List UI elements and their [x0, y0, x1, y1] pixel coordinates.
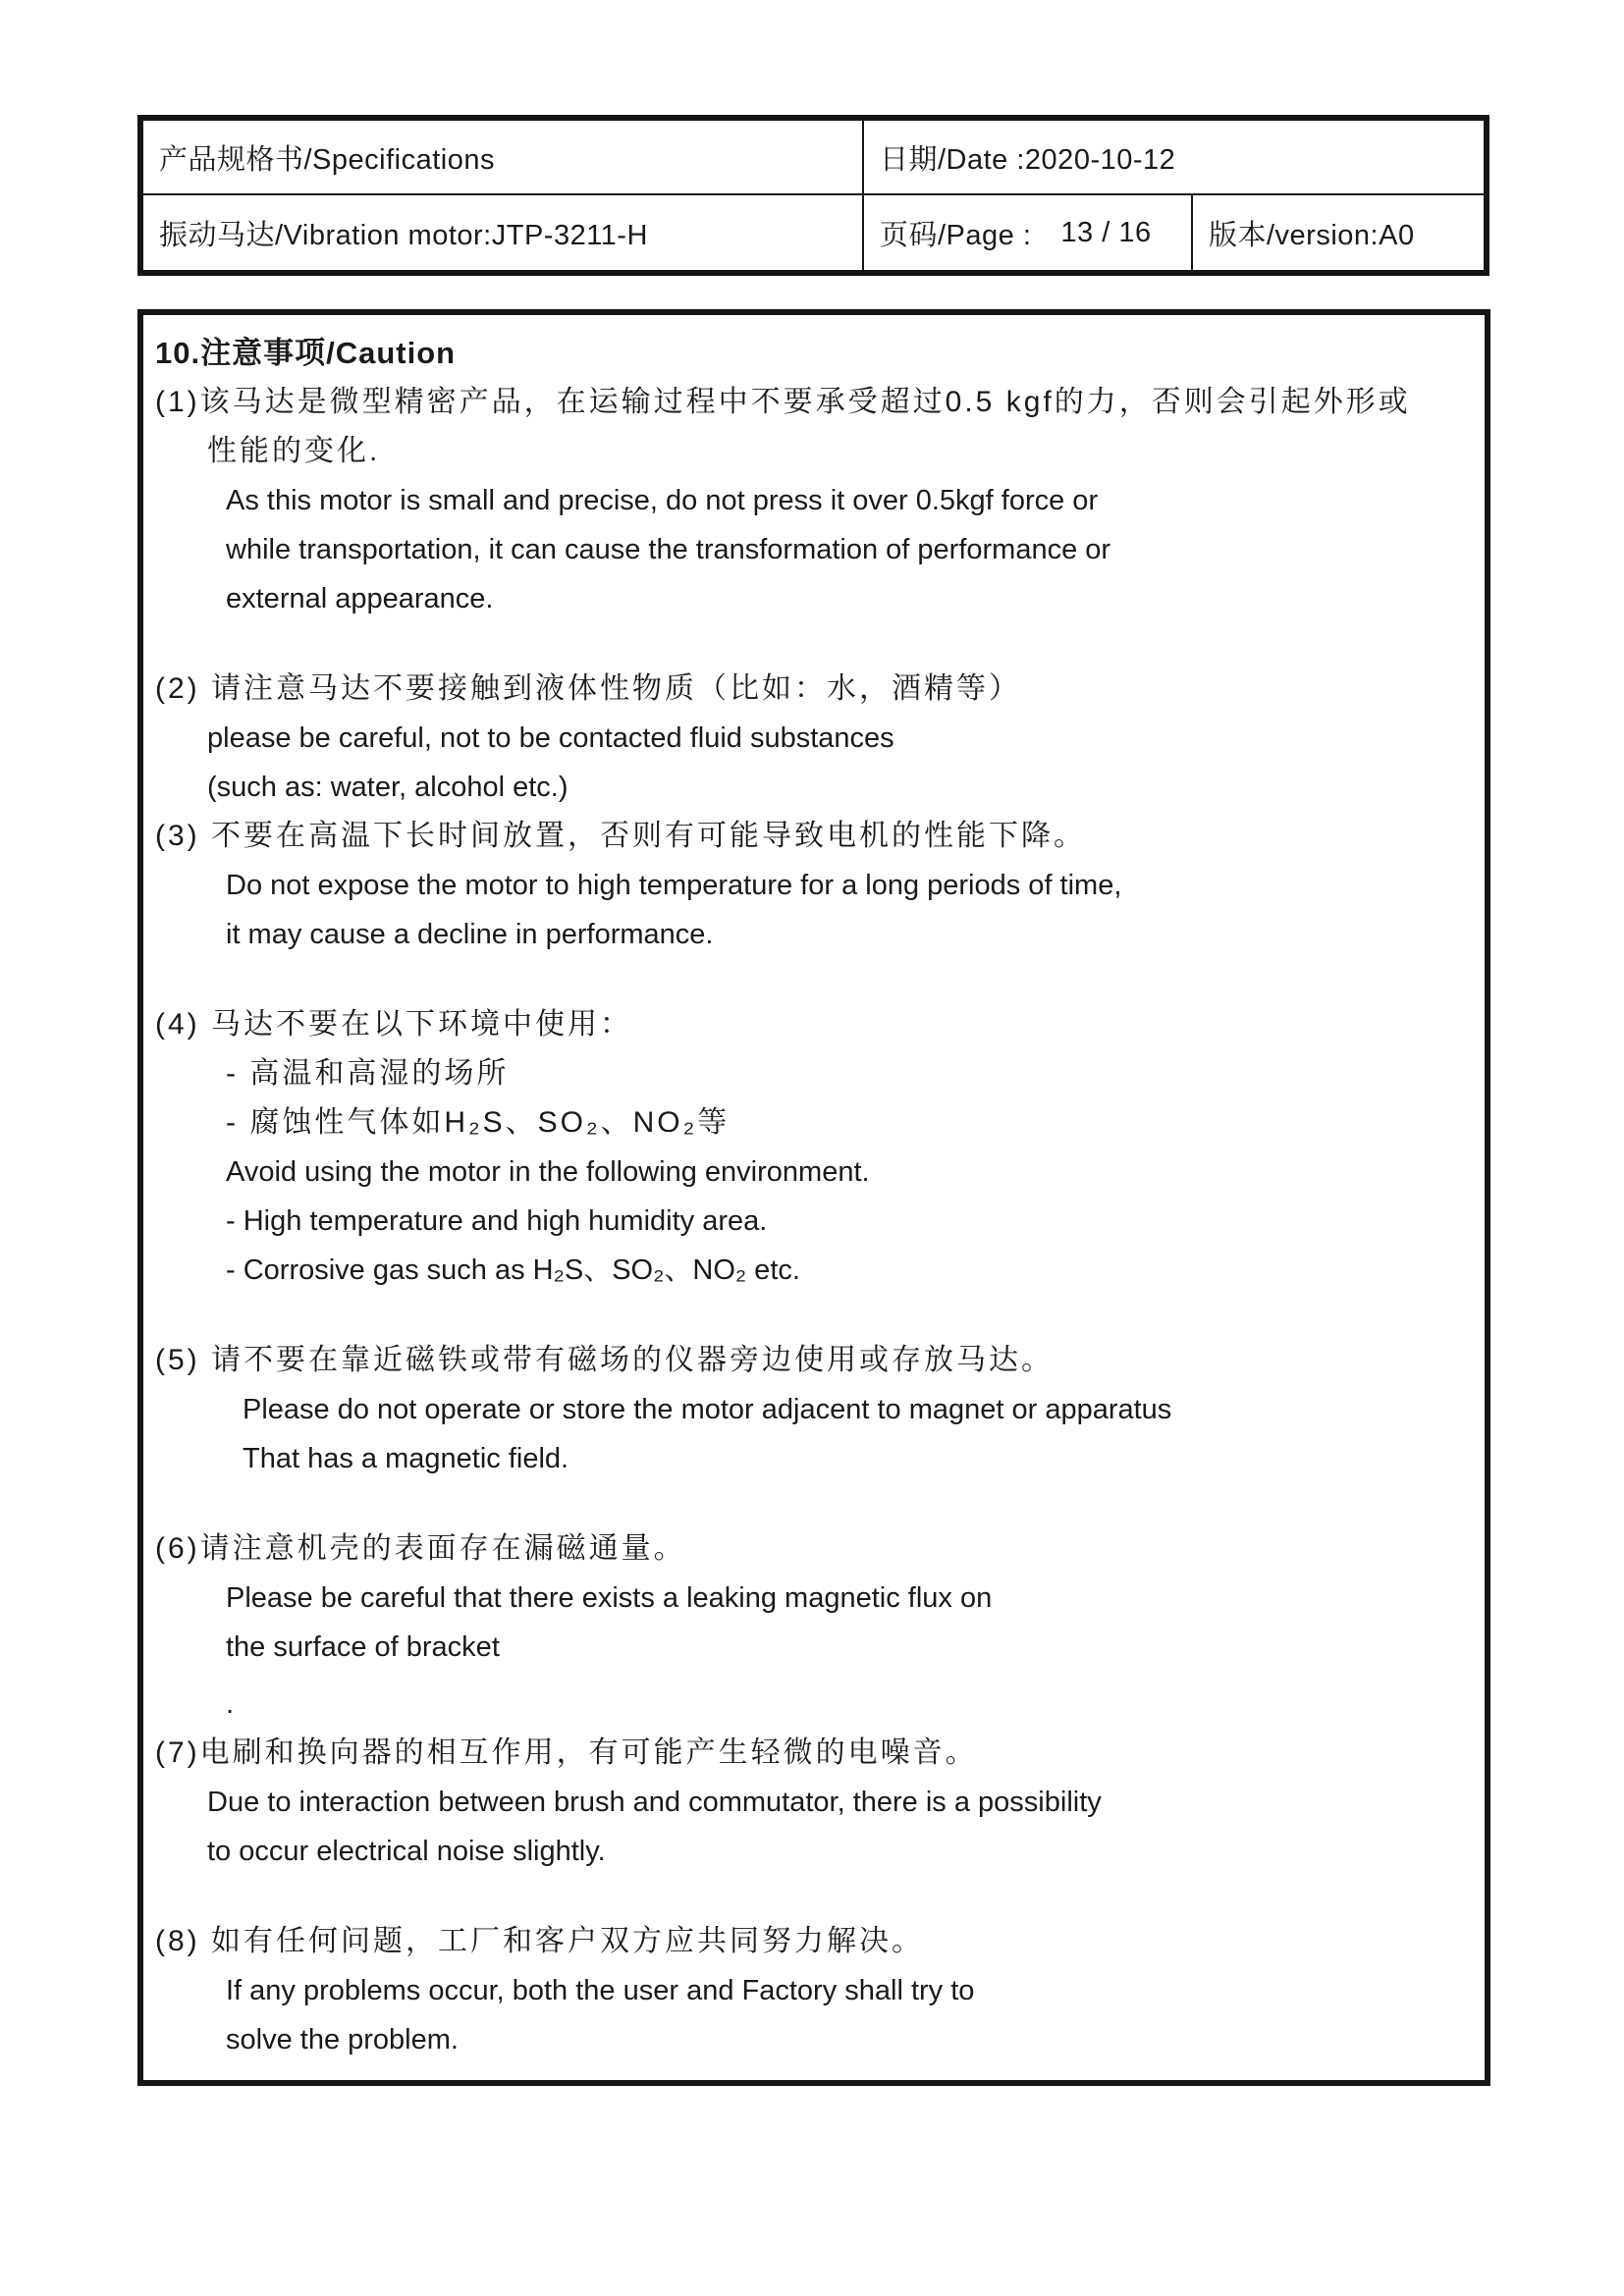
caution-line: external appearance.: [151, 574, 1475, 623]
caution-line: Avoid using the motor in the following e…: [151, 1148, 1475, 1197]
caution-item-3: (3) 不要在高温下长时间放置，否则有可能导致电机的性能下降。 Do not e…: [151, 812, 1475, 959]
caution-line: (8) 如有任何问题，工厂和客户双方应共同努力解决。: [151, 1917, 1475, 1966]
document-page: 产品规格书/Specifications 日期/Date :2020-10-12…: [0, 0, 1624, 2296]
caution-line: (4) 马达不要在以下环境中使用：: [151, 1000, 1475, 1049]
caution-title: 10.注意事项/Caution: [151, 329, 1475, 378]
caution-item-2: (2) 请注意马达不要接触到液体性物质（比如：水，酒精等） please be …: [151, 665, 1475, 812]
caution-item-6: (6)请注意机壳的表面存在漏磁通量。 Please be careful tha…: [151, 1524, 1475, 1729]
caution-line: .: [151, 1680, 1475, 1729]
caution-line: please be careful, not to be contacted f…: [151, 714, 1475, 763]
caution-item-7: (7)电刷和换向器的相互作用，有可能产生轻微的电噪音。 Due to inter…: [151, 1729, 1475, 1876]
header-page-label: 页码/Page :: [880, 213, 1031, 253]
caution-line: the surface of bracket: [151, 1623, 1475, 1672]
caution-line: (3) 不要在高温下长时间放置，否则有可能导致电机的性能下降。: [151, 812, 1475, 861]
header-row-1: 产品规格书/Specifications 日期/Date :2020-10-12: [143, 121, 1484, 195]
caution-line: That has a magnetic field.: [151, 1434, 1475, 1483]
caution-item-5: (5) 请不要在靠近磁铁或带有磁场的仪器旁边使用或存放马达。 Please do…: [151, 1336, 1475, 1483]
caution-line: (such as: water, alcohol etc.): [151, 763, 1475, 812]
caution-line: As this motor is small and precise, do n…: [151, 476, 1475, 525]
caution-line: If any problems occur, both the user and…: [151, 1966, 1475, 2015]
caution-line: Do not expose the motor to high temperat…: [151, 861, 1475, 910]
caution-line: to occur electrical noise slightly.: [151, 1827, 1475, 1876]
caution-line: (1)该马达是微型精密产品，在运输过程中不要承受超过0.5 kgf的力，否则会引…: [151, 378, 1475, 427]
caution-line: Please do not operate or store the motor…: [151, 1385, 1475, 1434]
caution-line: 性能的变化.: [151, 427, 1475, 476]
caution-line: solve the problem.: [151, 2015, 1475, 2064]
caution-line: Please be careful that there exists a le…: [151, 1574, 1475, 1623]
caution-line: (6)请注意机壳的表面存在漏磁通量。: [151, 1524, 1475, 1574]
spec-header-table: 产品规格书/Specifications 日期/Date :2020-10-12…: [137, 115, 1489, 276]
header-date: 日期/Date :2020-10-12: [862, 121, 1484, 193]
caution-item-8: (8) 如有任何问题，工厂和客户双方应共同努力解决。 If any proble…: [151, 1917, 1475, 2064]
caution-line: - 腐蚀性气体如H₂S、SO₂、NO₂等: [151, 1098, 1475, 1148]
caution-line: (5) 请不要在靠近磁铁或带有磁场的仪器旁边使用或存放马达。: [151, 1336, 1475, 1385]
header-row-2: 振动马达/Vibration motor:JTP-3211-H 页码/Page …: [143, 195, 1484, 270]
header-page: 页码/Page : 13 / 16: [862, 195, 1191, 270]
header-doc-title: 产品规格书/Specifications: [143, 121, 862, 193]
caution-line: - 高温和高湿的场所: [151, 1049, 1475, 1098]
caution-line: Due to interaction between brush and com…: [151, 1778, 1475, 1827]
caution-line: (2) 请注意马达不要接触到液体性物质（比如：水，酒精等）: [151, 665, 1475, 714]
caution-item-4: (4) 马达不要在以下环境中使用： - 高温和高湿的场所 - 腐蚀性气体如H₂S…: [151, 1000, 1475, 1295]
header-product: 振动马达/Vibration motor:JTP-3211-H: [143, 195, 862, 270]
caution-line: while transportation, it can cause the t…: [151, 525, 1475, 574]
caution-line: (7)电刷和换向器的相互作用，有可能产生轻微的电噪音。: [151, 1729, 1475, 1778]
caution-line: - High temperature and high humidity are…: [151, 1197, 1475, 1246]
header-page-value: 13 / 16: [1060, 217, 1151, 249]
caution-item-1: (1)该马达是微型精密产品，在运输过程中不要承受超过0.5 kgf的力，否则会引…: [151, 378, 1475, 623]
header-version: 版本/version:A0: [1191, 195, 1484, 270]
caution-line: it may cause a decline in performance.: [151, 910, 1475, 959]
caution-box: 10.注意事项/Caution (1)该马达是微型精密产品，在运输过程中不要承受…: [137, 309, 1490, 2086]
caution-line: - Corrosive gas such as H₂S、SO₂、NO₂ etc.: [151, 1246, 1475, 1295]
